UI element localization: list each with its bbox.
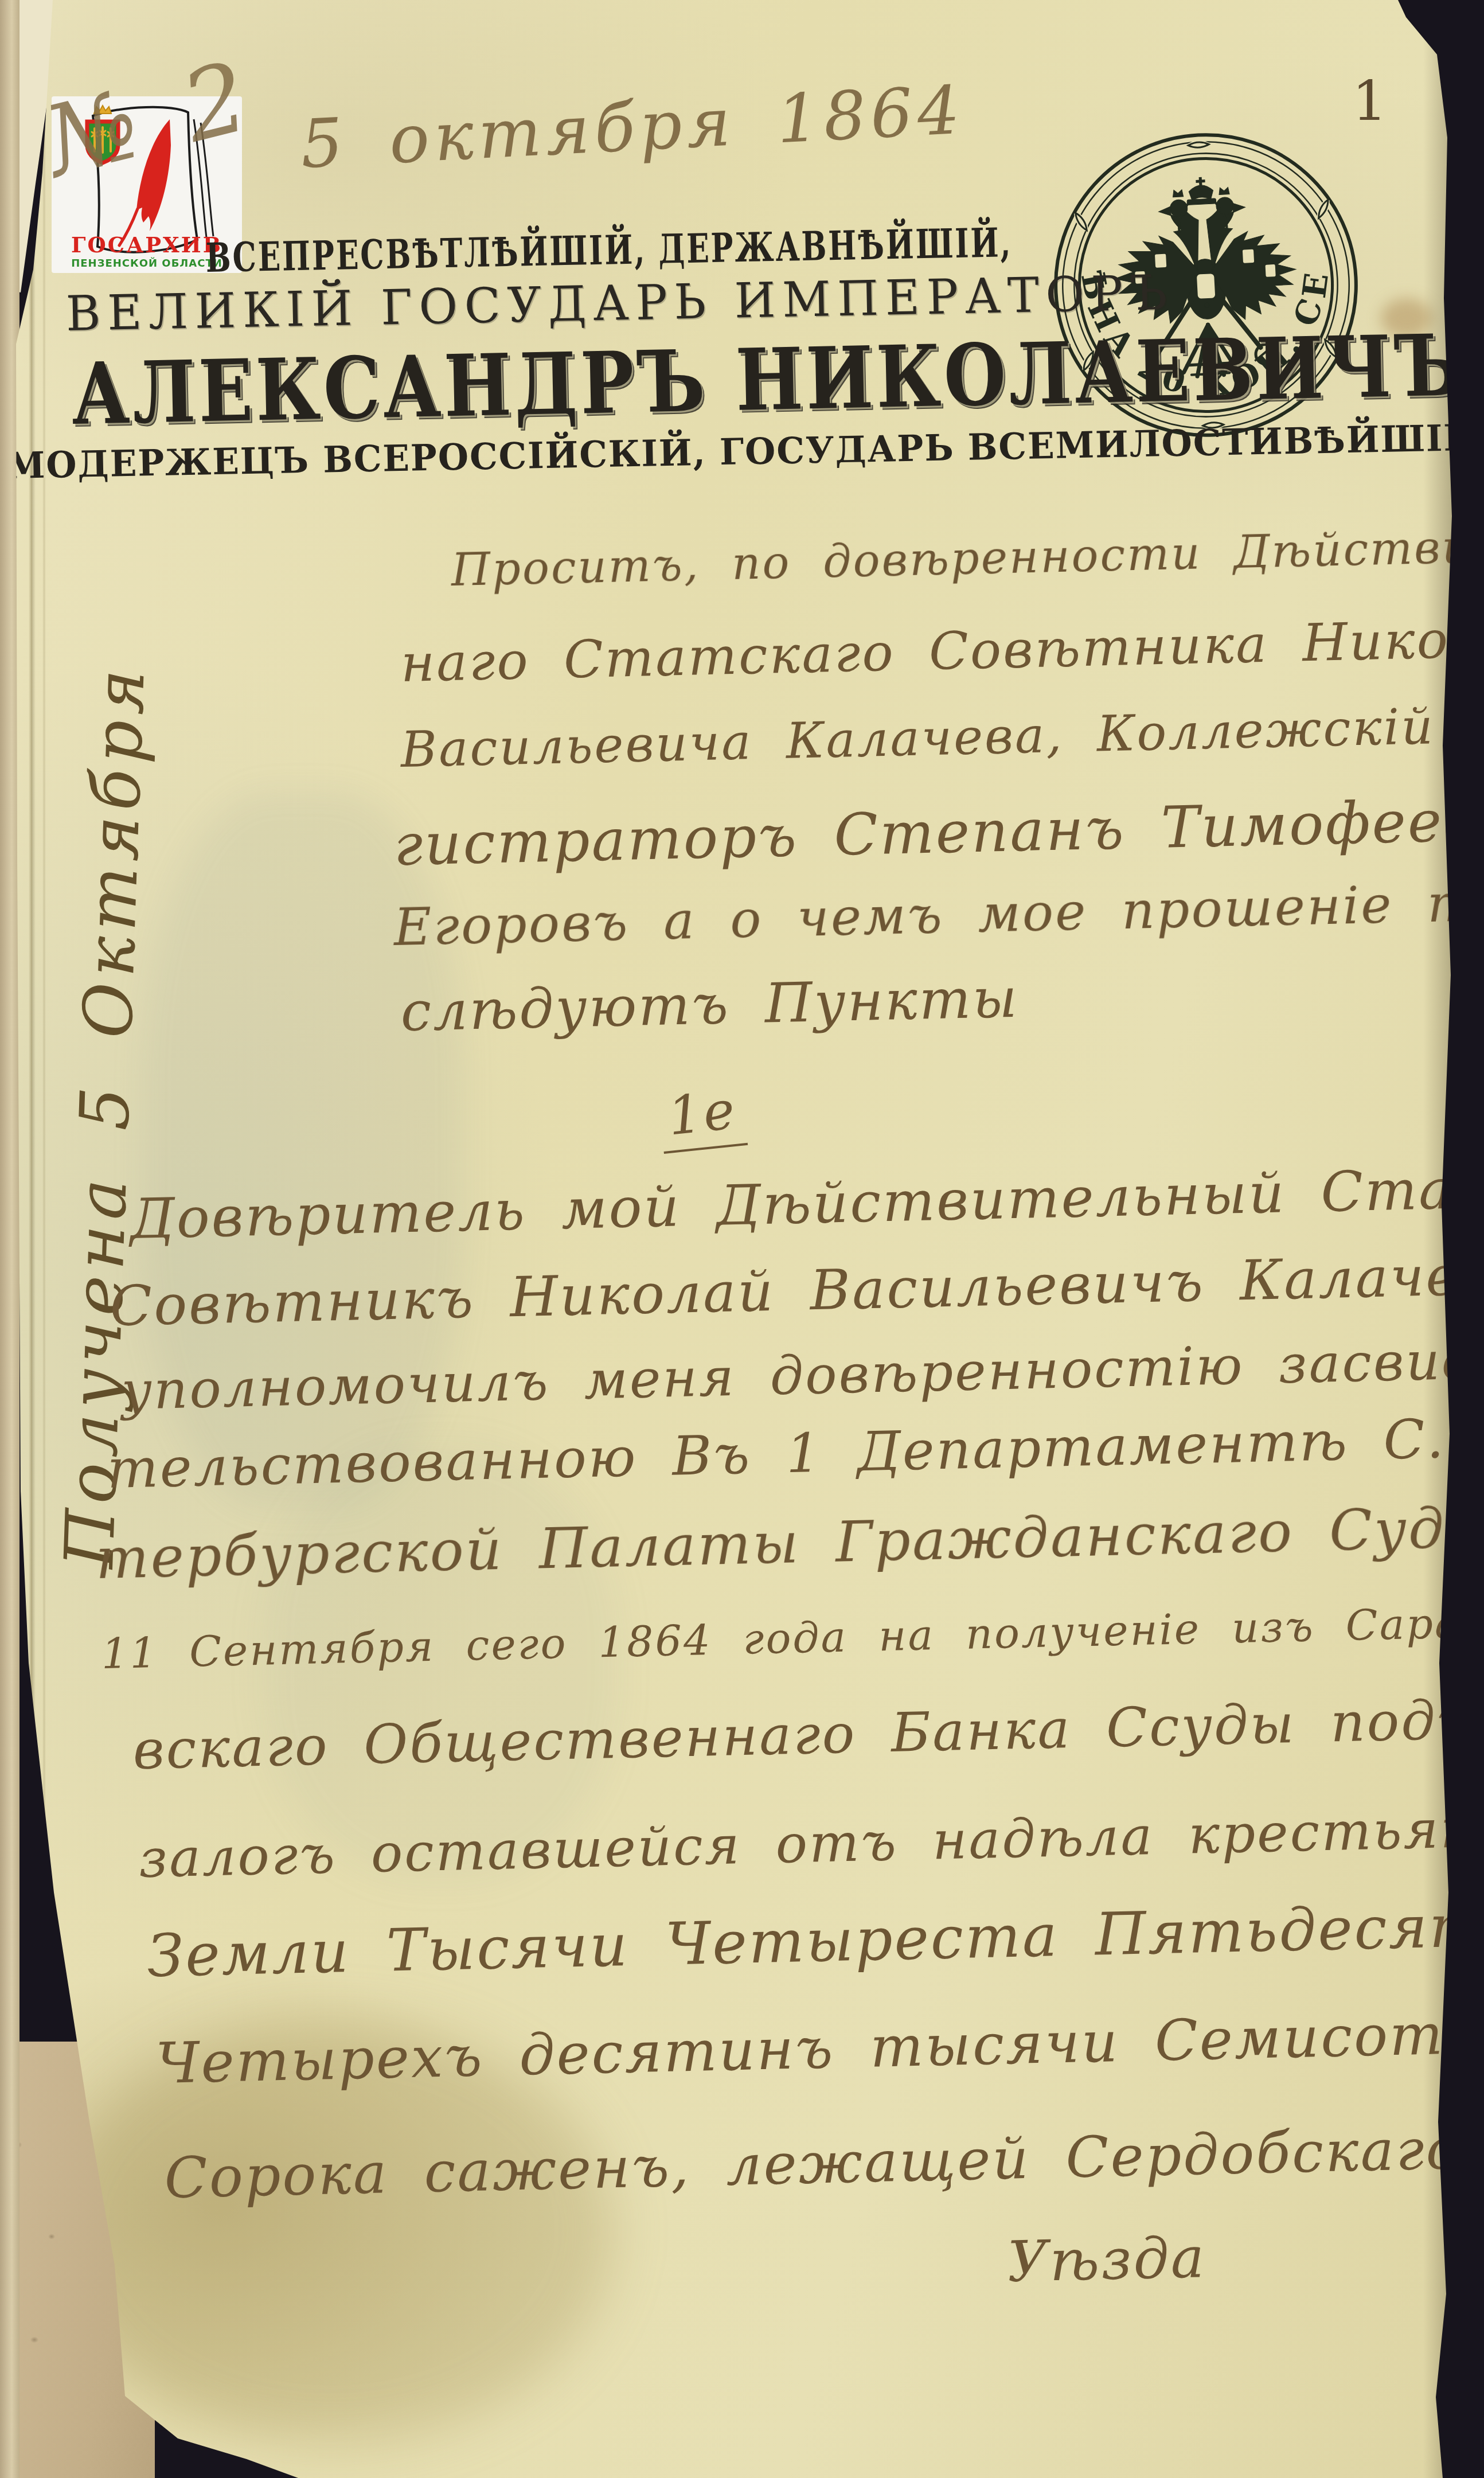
petition-intro-line: наго Статскаго Совѣтника Николая <box>400 607 1484 694</box>
petition-intro-line: гистраторъ Степанъ Тимофеевъ <box>393 786 1484 879</box>
petition-intro-line: слѣдуютъ Пункты <box>400 967 1020 1044</box>
petition-body-line: Земли Тысячи Четыреста Пятьдесятъ <box>146 1891 1484 1991</box>
section-marker-first-point: 1е <box>657 1078 748 1154</box>
petition-intro-line: Васильевича Калачева, Коллежскій Ре- <box>400 695 1484 779</box>
petition-intro-line: Проситъ, по довѣренности Дѣйствитель- <box>451 518 1484 596</box>
scan-background: ГОСАРХИВ ПЕНЗЕНСКОЙ ОБЛАСТИ № 2 5 октябр… <box>0 0 1484 2478</box>
petition-body-line-uyezd: Уѣзда <box>1006 2225 1206 2295</box>
logo-subtitle: ПЕНЗЕНСКОЙ ОБЛАСТИ <box>71 257 222 270</box>
margin-note-vertical: Получена 5 Октября <box>49 662 160 1570</box>
petition-body-line: Четырехъ десятинъ тысячи Семисотъ — <box>155 1999 1484 2097</box>
document-page: ГОСАРХИВ ПЕНЗЕНСКОЙ ОБЛАСТИ № 2 5 октябр… <box>16 0 1458 2478</box>
petition-intro-line: Егоровъ а о чемъ мое прошеніе тому <box>393 871 1484 958</box>
logo-title: ГОСАРХИВ <box>71 232 222 257</box>
petition-body-line: тербургской Палаты Гражданскаго Суда <box>95 1495 1481 1592</box>
date-annotation: 5 октября 1864 <box>299 72 966 184</box>
